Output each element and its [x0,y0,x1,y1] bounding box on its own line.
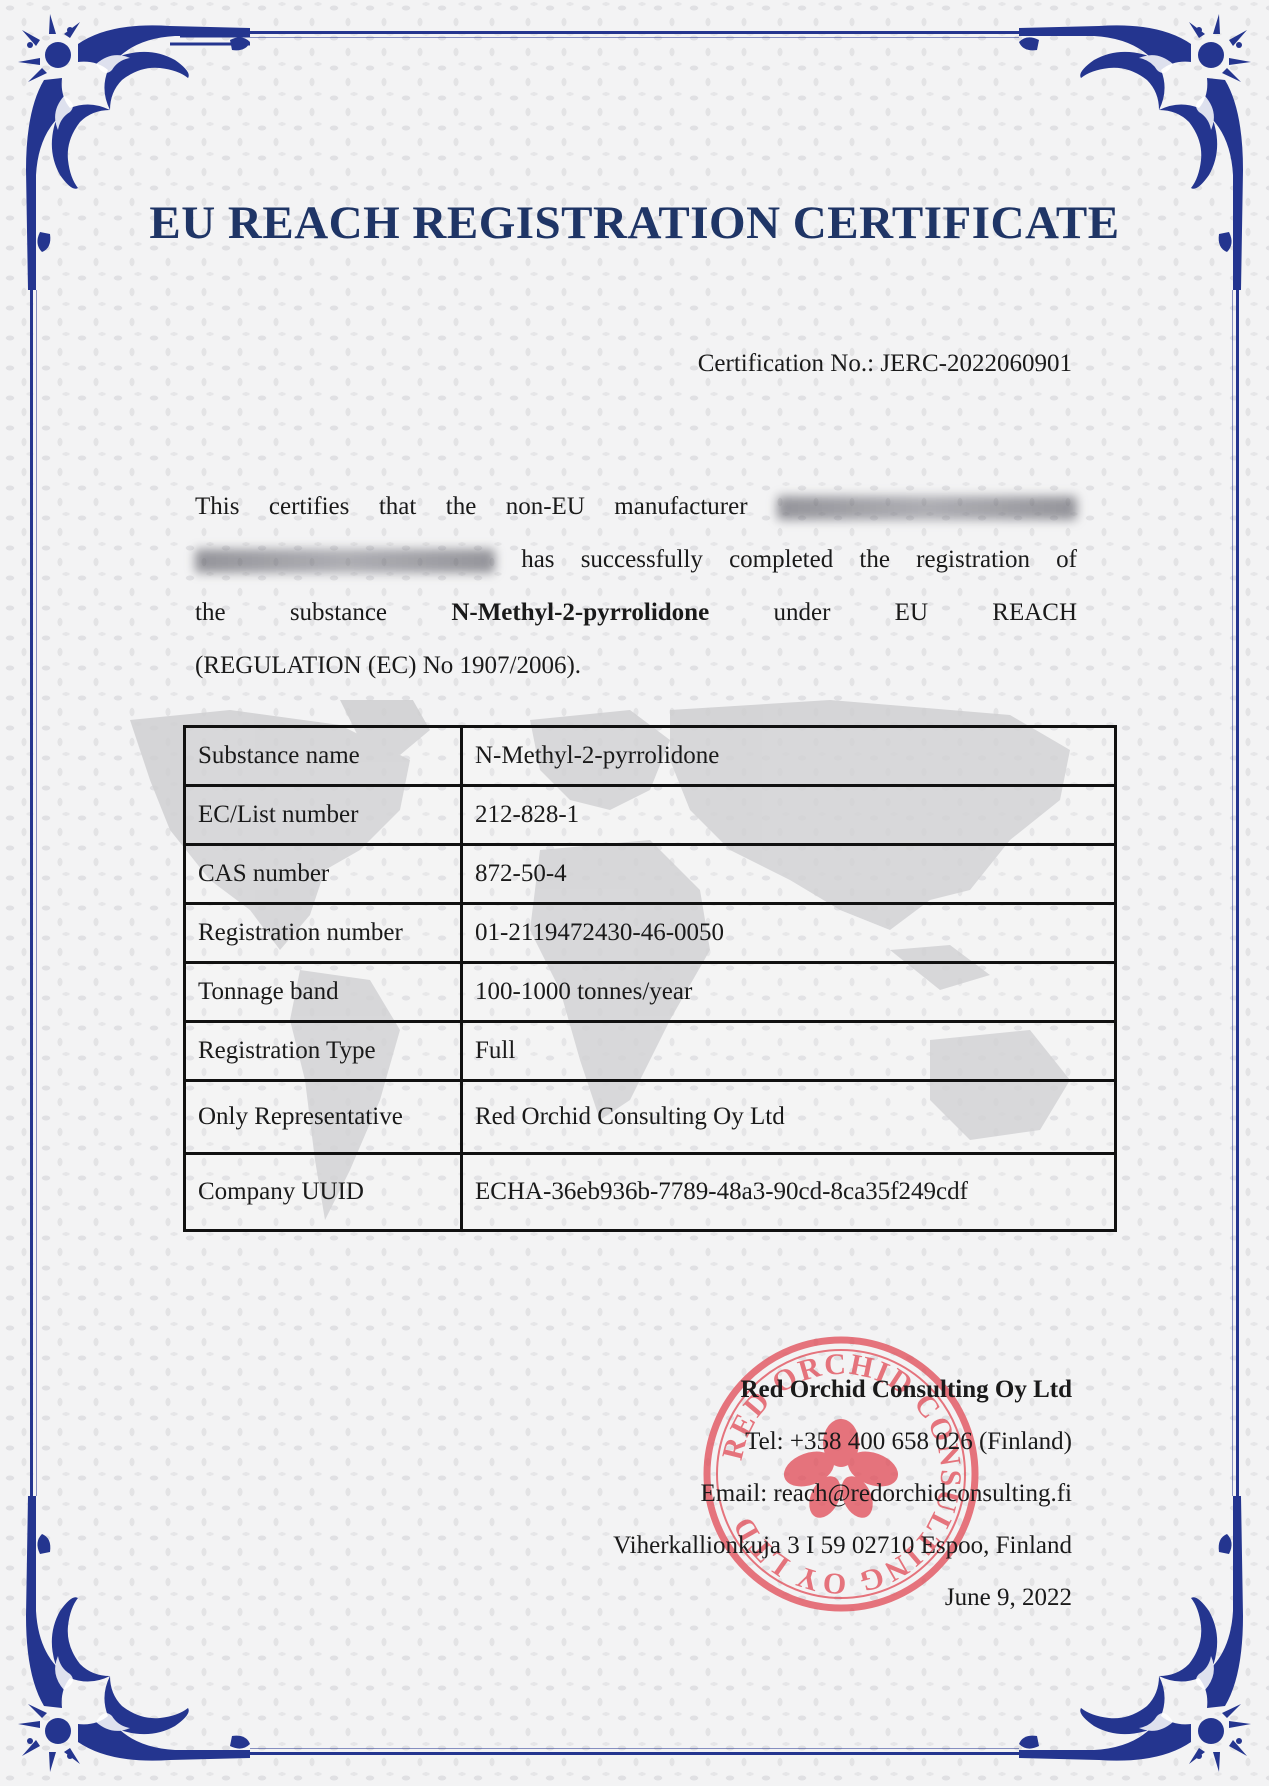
row-value: 01-2119472430-46-0050 [462,904,1116,963]
statement-substance-name: N-Methyl-2-pyrrolidone [451,599,709,626]
row-value: 872-50-4 [462,845,1116,904]
issuer-company-name: Red Orchid Consulting Oy Ltd [613,1364,1072,1416]
row-label: Only Representative [185,1081,462,1154]
table-row: Registration TypeFull [185,1022,1116,1081]
certification-number-label: Certification No.: [698,350,874,377]
issuer-block: Red Orchid Consulting Oy Ltd Tel: +358 4… [613,1364,1072,1624]
certification-number-value: JERC-2022060901 [880,350,1072,377]
row-value: Full [462,1022,1116,1081]
corner-ornament-icon [0,0,260,300]
row-value: Red Orchid Consulting Oy Ltd [462,1081,1116,1154]
statement-regulation: (REGULATION (EC) No 1907/2006). [195,652,581,679]
border-line-left [30,290,33,1496]
row-label: Tonnage band [185,963,462,1022]
certification-statement: This certifies that the non-EU manufactu… [195,480,1077,692]
table-row: CAS number872-50-4 [185,845,1116,904]
statement-part2: has successfully completed the registrat… [521,546,1077,573]
border-inner-line-bottom [250,1748,1019,1749]
border-line-bottom [250,1752,1019,1755]
table-row: EC/List number212-828-1 [185,786,1116,845]
table-row: Registration number01-2119472430-46-0050 [185,904,1116,963]
border-line-top [250,31,1019,34]
certificate-title: EU REACH REGISTRATION CERTIFICATE [0,196,1269,250]
issue-date: June 9, 2022 [613,1572,1072,1624]
issuer-email: Email: reach@redorchidconsulting.fi [613,1468,1072,1520]
issuer-telephone: Tel: +358 400 658 026 (Finland) [613,1416,1072,1468]
row-value: 100-1000 tonnes/year [462,963,1116,1022]
row-label: Substance name [185,727,462,786]
border-inner-line-left [36,290,37,1496]
redacted-manufacturer-name-cont [195,549,495,573]
row-label: Registration number [185,904,462,963]
table-row: Substance nameN-Methyl-2-pyrrolidone [185,727,1116,786]
row-label: CAS number [185,845,462,904]
certification-number: Certification No.: JERC-2022060901 [698,350,1072,378]
corner-ornament-icon [1009,0,1269,300]
statement-part3-prefix: the substance [195,599,387,626]
table-row: Tonnage band100-1000 tonnes/year [185,963,1116,1022]
border-line-right [1236,290,1239,1496]
registration-details-table: Substance nameN-Methyl-2-pyrrolidoneEC/L… [183,725,1117,1232]
row-label: Company UUID [185,1154,462,1231]
row-value: N-Methyl-2-pyrrolidone [462,727,1116,786]
statement-part3-suffix: under EU REACH [773,599,1077,626]
corner-ornament-icon [0,1486,260,1786]
row-label: Registration Type [185,1022,462,1081]
table-row: Only RepresentativeRed Orchid Consulting… [185,1081,1116,1154]
table-row: Company UUIDECHA-36eb936b-7789-48a3-90cd… [185,1154,1116,1231]
row-value: 212-828-1 [462,786,1116,845]
border-inner-line-top [250,37,1019,38]
row-value: ECHA-36eb936b-7789-48a3-90cd-8ca35f249cd… [462,1154,1116,1231]
border-inner-line-right [1232,290,1233,1496]
statement-part1: This certifies that the non-EU manufactu… [195,493,748,520]
redacted-manufacturer-name [777,496,1077,520]
issuer-address: Viherkallionkuja 3 I 59 02710 Espoo, Fin… [613,1520,1072,1572]
row-label: EC/List number [185,786,462,845]
